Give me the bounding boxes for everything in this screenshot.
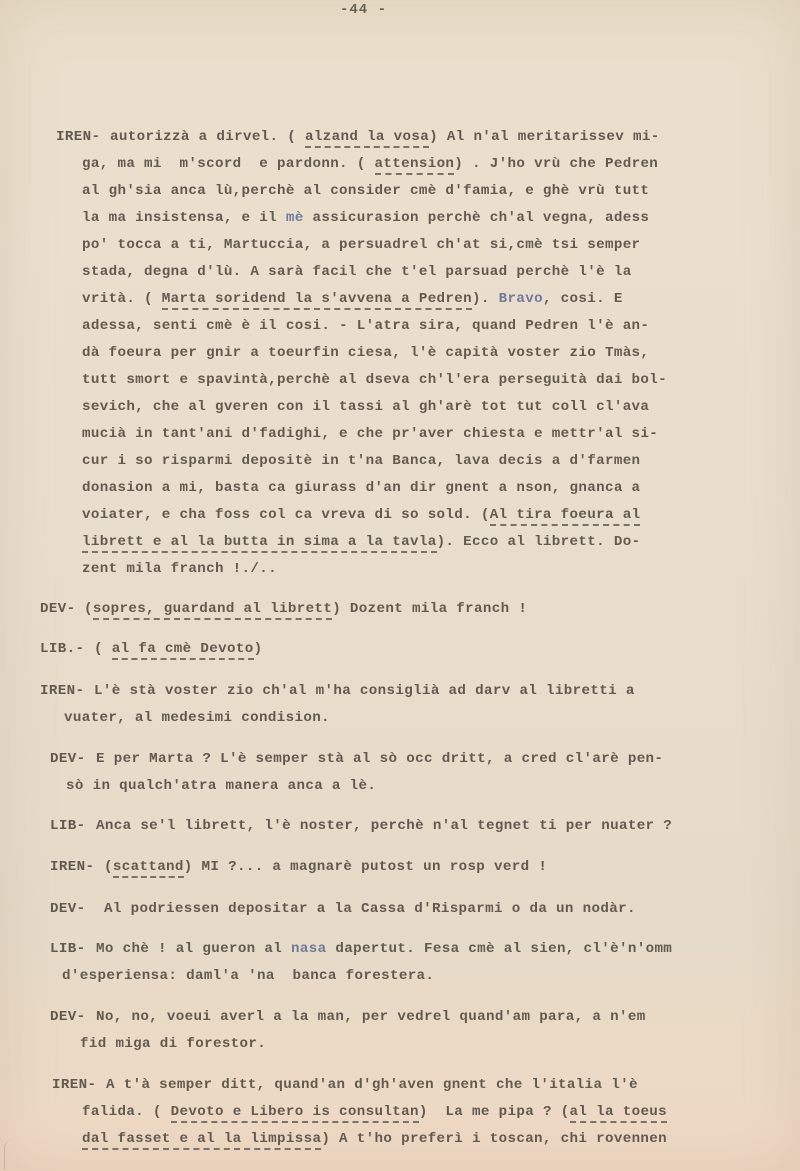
speaker-label: DEV- (50, 900, 85, 918)
speaker-label: IREN- (56, 128, 100, 146)
dialogue-line: A t'à semper ditt, quand'an d'gh'aven gn… (106, 1076, 638, 1094)
dialogue-line: stada, degna d'lù. A sarà facil che t'el… (82, 263, 632, 281)
dialogue-line: donasion a mi, basta ca giurass d'an dir… (82, 479, 640, 497)
dialogue-line: mucià in tant'ani d'fadighi, e che pr'av… (82, 425, 658, 443)
speaker-label: IREN- (50, 858, 94, 876)
speaker-label: IREN- (40, 682, 84, 700)
dialogue-line: dà foeura per gnir a toeurfin ciesa, l'è… (82, 344, 649, 362)
dialogue-line: adessa, senti cmè è il cosi. - L'atra si… (82, 317, 649, 335)
dialogue-line: L'è stà voster zio ch'al m'ha consiglià … (94, 682, 635, 700)
dialogue-line: dal fasset e al la limpissa) A t'ho pref… (82, 1130, 667, 1148)
dialogue-line: vuater, al medesimi condision. (64, 709, 330, 727)
speaker-label: DEV- (50, 750, 85, 768)
dialogue-line: falida. ( Devoto e Libero is consultan) … (82, 1103, 667, 1121)
dialogue-line: zent mila franch !./.. (82, 560, 277, 578)
speaker-label: LIB- (50, 940, 85, 958)
dialogue-line: librett e al la butta in sima a la tavla… (82, 533, 640, 551)
speaker-label: IREN- (52, 1076, 96, 1094)
dialogue-line: voiater, e cha foss col ca vreva di so s… (82, 506, 640, 524)
speaker-label: DEV- (40, 600, 75, 618)
dialogue-line: Al podriessen depositar a la Cassa d'Ris… (104, 900, 636, 918)
page-number: -44 - (340, 2, 387, 18)
speaker-label: DEV- (50, 1008, 85, 1026)
dialogue-line: vrità. ( Marta soridend la s'avvena a Pe… (82, 290, 623, 308)
dialogue-line: po' tocca a ti, Martuccia, a persuadrel … (82, 236, 640, 254)
dialogue-line: No, no, voeui averl a la man, per vedrel… (96, 1008, 646, 1026)
margin-pencil-mark (4, 1140, 19, 1170)
dialogue-line: Anca se'l librett, l'è noster, perchè n'… (96, 817, 672, 835)
dialogue-line: tutt smort e spavintà,perchè al dseva ch… (82, 371, 667, 389)
dialogue-line: ga, ma mi m'scord e pardonn. ( attension… (82, 155, 658, 173)
dialogue-line: sevich, che al gveren con il tassi al gh… (82, 398, 649, 416)
dialogue-line: sò in qualch'atra manera anca a lè. (66, 777, 376, 795)
dialogue-line: la ma insistensa, e il mè assicurasion p… (82, 209, 649, 227)
dialogue-line: autorizzà a dirvel. ( alzand la vosa) Al… (110, 128, 660, 146)
dialogue-line: cur i so risparmi depositè in t'na Banca… (82, 452, 640, 470)
dialogue-line: E per Marta ? L'è semper stà al sò occ d… (96, 750, 663, 768)
typewritten-page: -44 - IREN- autorizzà a dirvel. ( alzand… (0, 0, 800, 1171)
dialogue-line: d'esperiensa: daml'a 'na banca forestera… (62, 967, 434, 985)
dialogue-line: fid miga di forestor. (80, 1035, 266, 1053)
speaker-label: LIB- (50, 817, 85, 835)
dialogue-line: Mo chè ! al gueron al nasa dapertut. Fes… (96, 940, 672, 958)
dialogue-line: ( al fa cmè Devoto) (94, 640, 262, 658)
dialogue-line: al gh'sia anca lù,perchè al consider cmè… (82, 182, 649, 200)
dialogue-line: (scattand) MI ?... a magnarè putost un r… (104, 858, 547, 876)
speaker-label: LIB.- (40, 640, 84, 658)
dialogue-line: (sopres, guardand al librett) Dozent mil… (84, 600, 527, 618)
